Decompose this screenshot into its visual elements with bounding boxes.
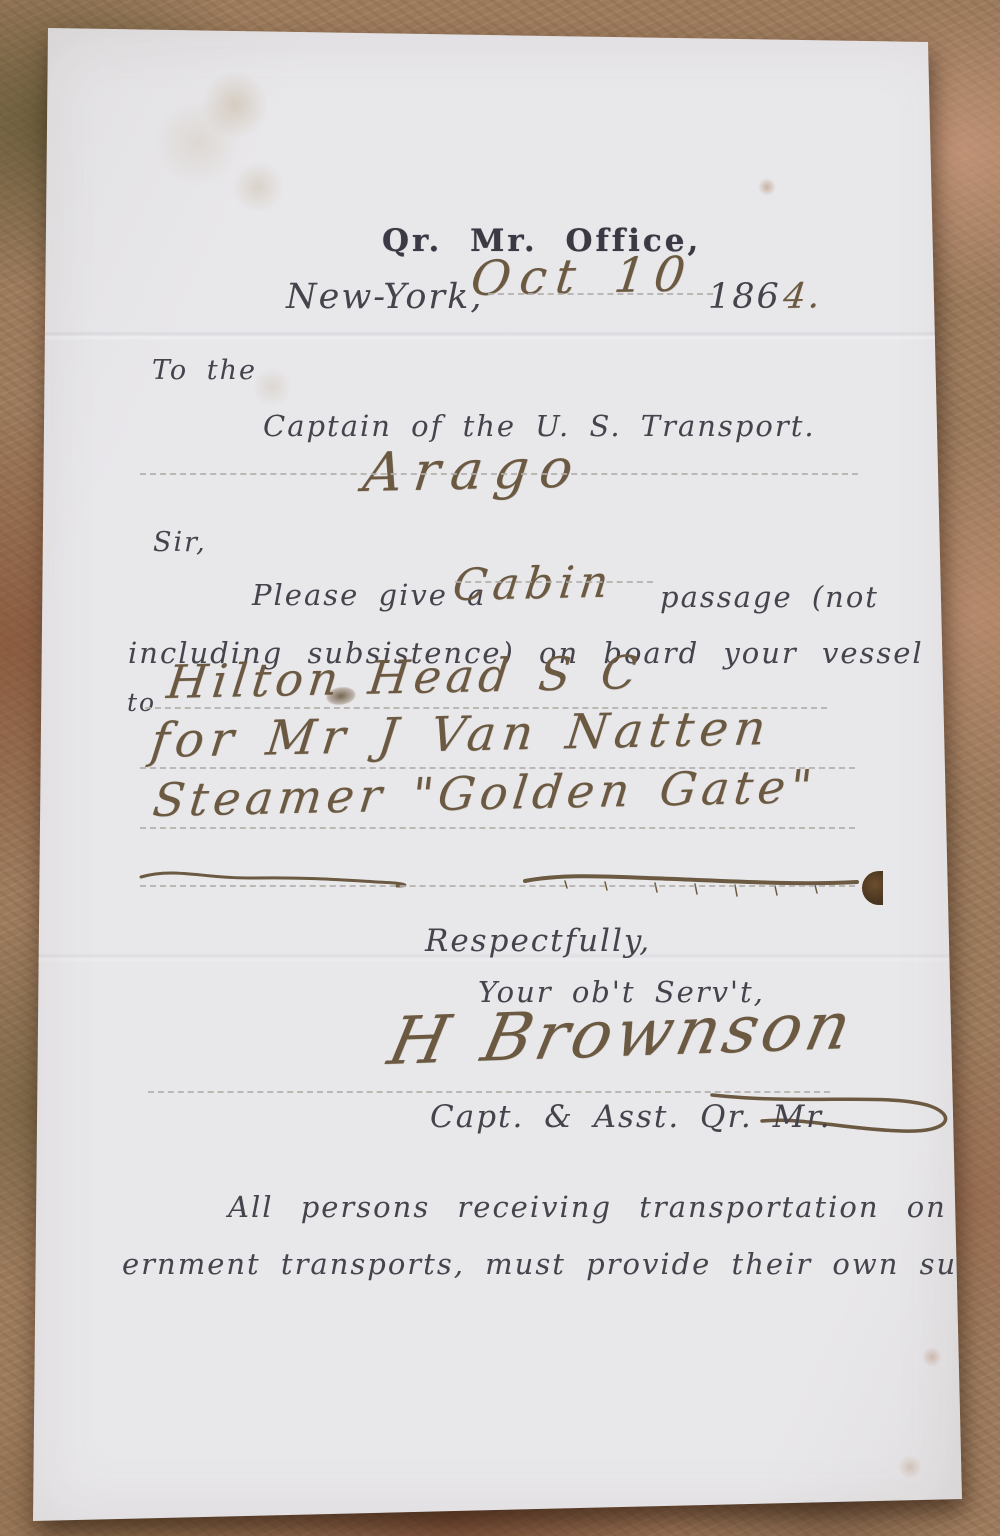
salutation: Sir, <box>153 527 207 558</box>
dateline-day-handwritten: Oct 10 <box>468 246 697 307</box>
dateline-year-digit-handwritten: 4. <box>781 276 825 317</box>
footer-line2: ernment transports, must provide their o… <box>122 1247 1000 1281</box>
pen-flourish-strokes <box>135 845 880 885</box>
paper-shadow: Qr. Mr. Office, New-York, Oct 10 1864. T… <box>0 0 1000 1536</box>
accommodation-dotted-line <box>455 581 653 583</box>
punch-hole <box>862 871 883 905</box>
dateline-place: New-York, <box>286 277 483 317</box>
document-paper: Qr. Mr. Office, New-York, Oct 10 1864. T… <box>30 25 965 1525</box>
signature-dotted-line <box>148 1091 830 1093</box>
destination-handwritten: Hilton Head S C <box>164 645 645 709</box>
address-to-the: To the <box>152 355 257 386</box>
footer-line1: All persons receiving transportation on … <box>228 1190 1000 1224</box>
closing-respectfully: Respectfully, <box>425 923 651 959</box>
passenger-handwritten: for Mr J Van Natten <box>148 700 775 769</box>
date-dotted-line <box>488 293 713 295</box>
accommodation-handwritten: Cabin <box>450 557 617 611</box>
vessel-name-handwritten: Arago <box>360 436 587 504</box>
body-request-end: passage (not <box>660 580 879 614</box>
dateline-year-printed: 186 <box>708 277 781 317</box>
photo-background: Qr. Mr. Office, New-York, Oct 10 1864. T… <box>0 0 1000 1536</box>
extra-dotted-line <box>140 885 855 887</box>
steamer-handwritten: Steamer "Golden Gate" <box>150 759 820 827</box>
signature-title: Capt. & Asst. Qr. Mr. <box>430 1099 832 1135</box>
to-label: to <box>127 688 156 717</box>
steamer-dotted-line <box>140 827 855 829</box>
dateline-year: 1864. <box>708 277 820 317</box>
vessel-dotted-line <box>140 473 858 475</box>
